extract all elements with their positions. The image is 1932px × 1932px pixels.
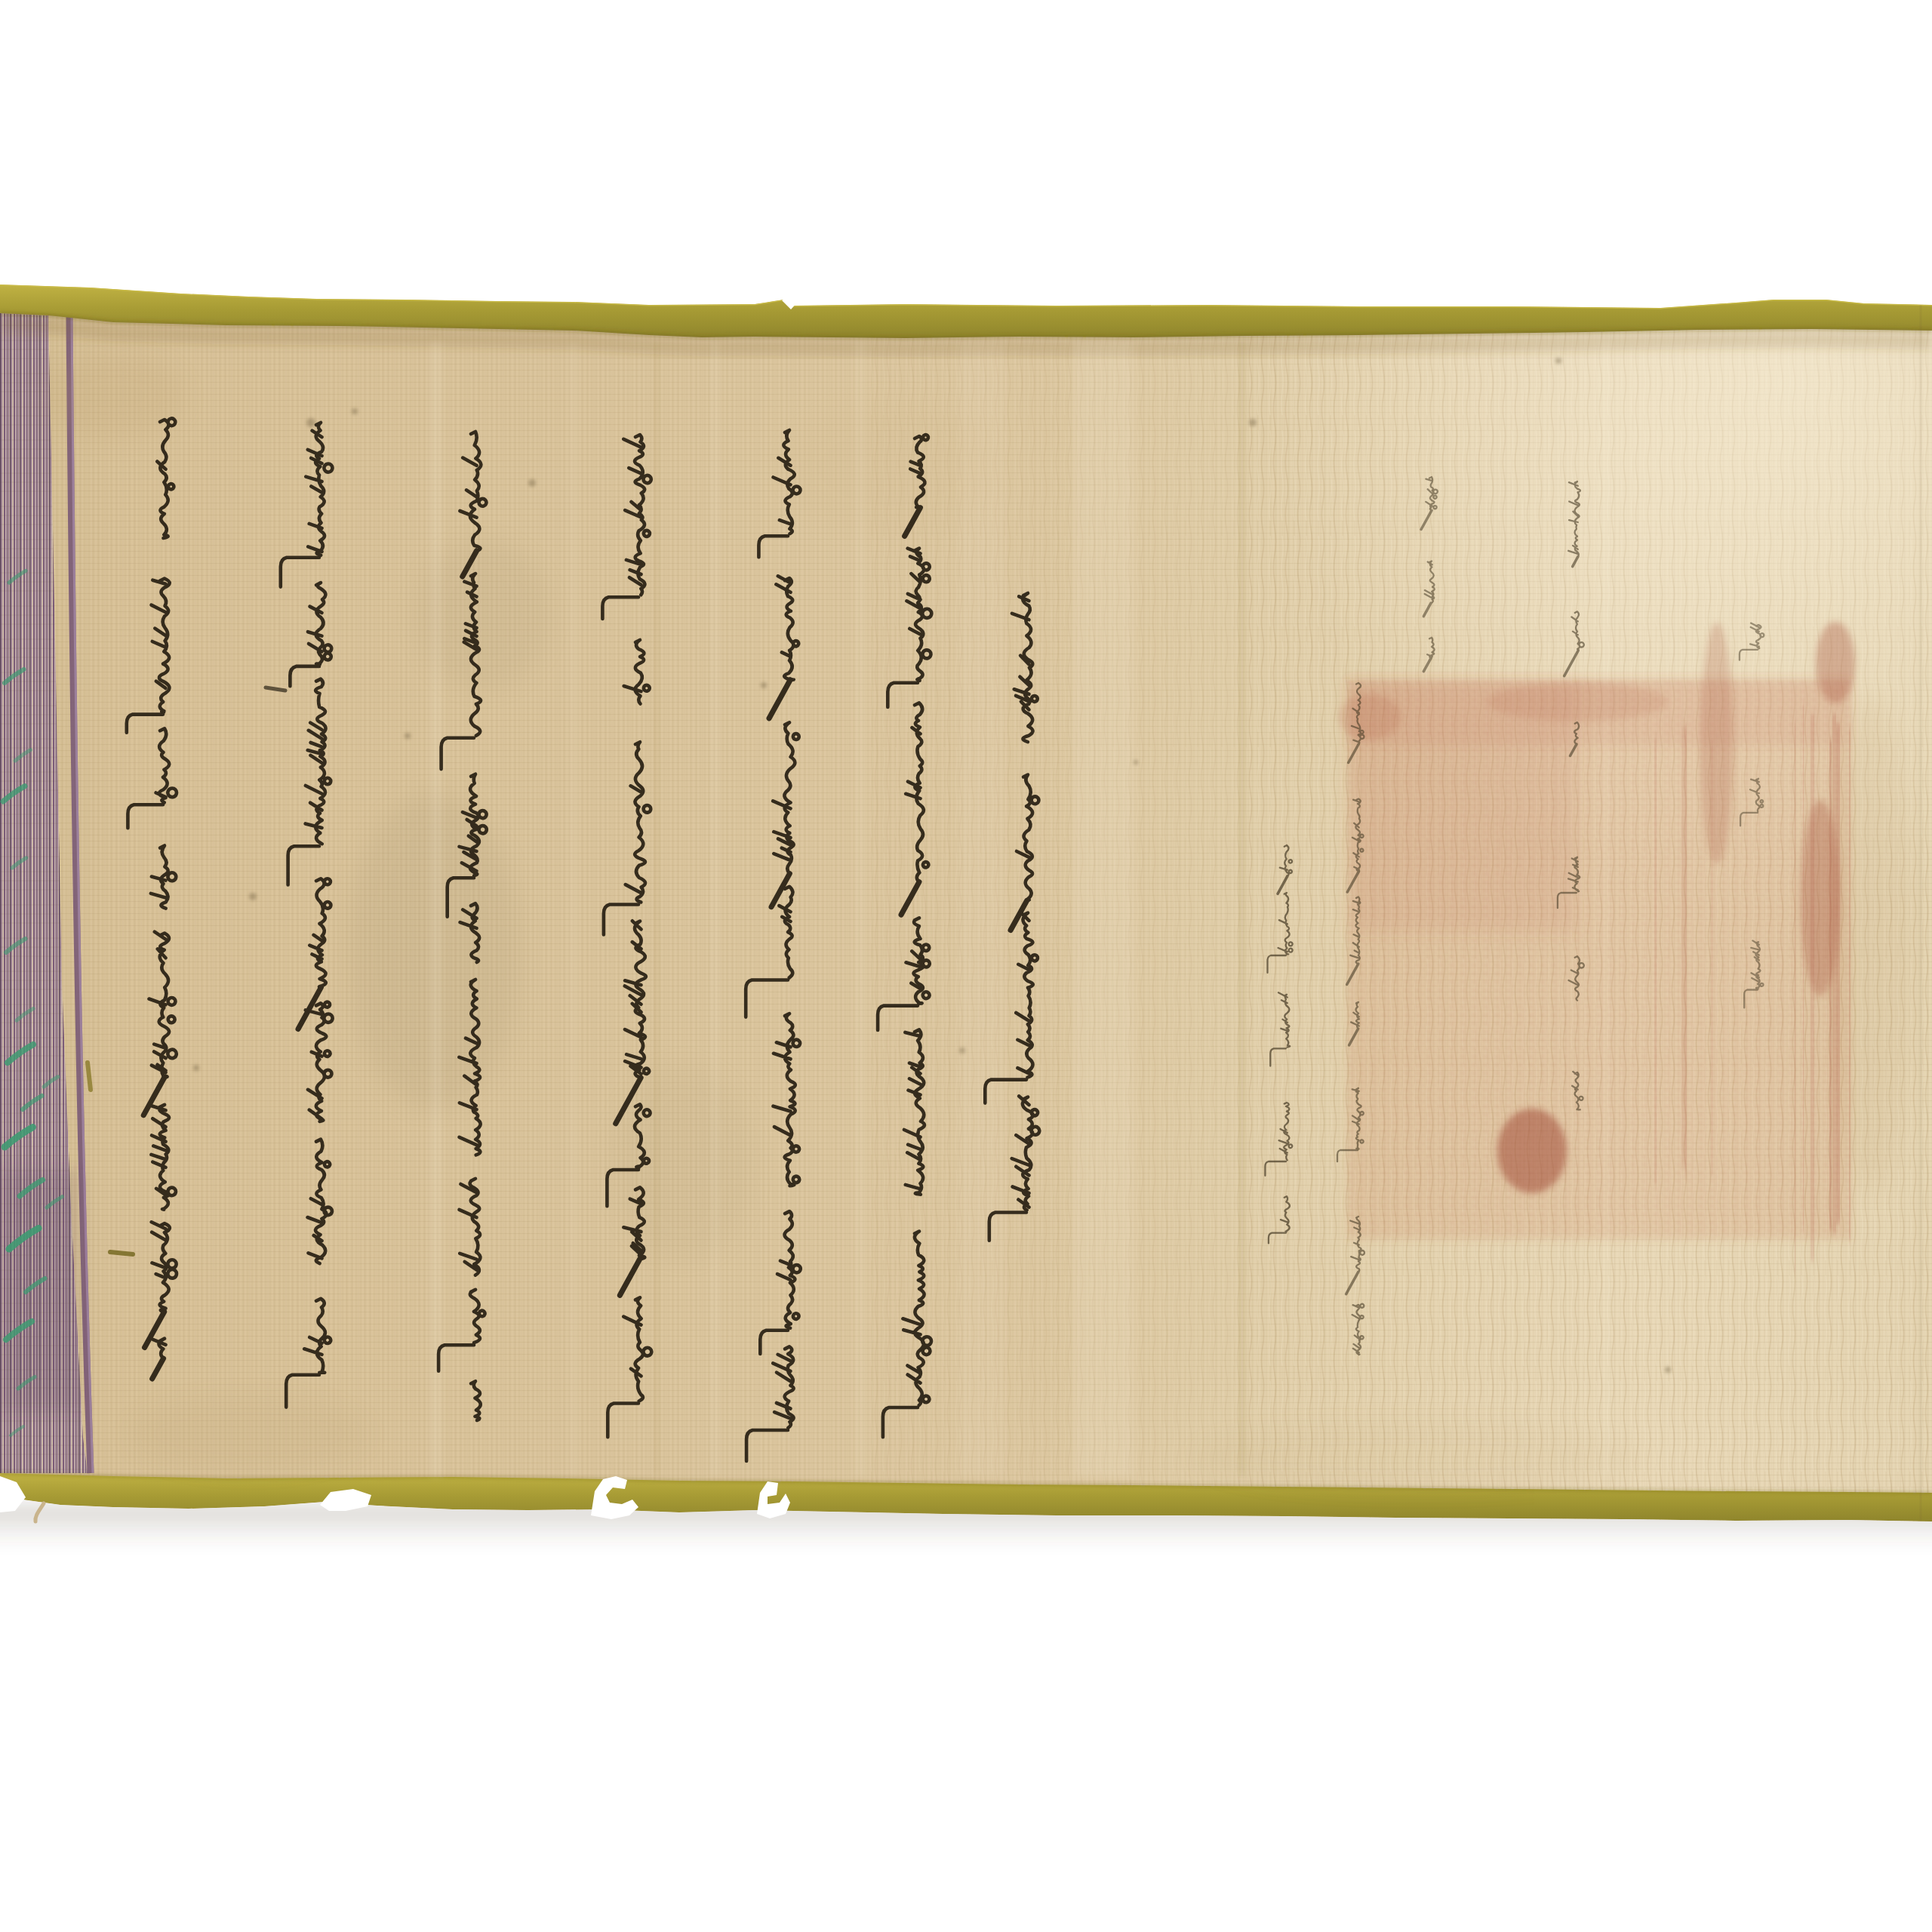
- stain: [1192, 1423, 1645, 1491]
- seal-blotch: [1338, 694, 1401, 740]
- ink-dash: [88, 1063, 91, 1090]
- crease-light: [431, 341, 441, 1477]
- seal-streak: [1685, 724, 1686, 1180]
- foxing-speck: [761, 682, 767, 688]
- seal-streak: [1655, 738, 1656, 1184]
- seal-blotch: [1801, 800, 1840, 996]
- foxing-speck: [1134, 760, 1138, 764]
- foxing-speck: [1555, 358, 1561, 364]
- scroll-artifact-photo: [0, 0, 1932, 1932]
- seal-blotch: [1487, 682, 1668, 721]
- crease-light: [856, 341, 865, 1477]
- foxing-speck: [1665, 1367, 1671, 1373]
- ink-dash: [110, 1252, 133, 1254]
- foxing-speck: [1249, 419, 1257, 426]
- scroll-body: [0, 279, 1932, 1524]
- crease-light: [571, 341, 577, 1477]
- crease-light: [958, 341, 1004, 1477]
- seal-blotch: [1497, 1109, 1567, 1193]
- seal-blotch: [1816, 622, 1855, 703]
- photo-backdrop: [0, 0, 1932, 1932]
- crease-light: [1073, 341, 1134, 1477]
- foxing-speck: [352, 408, 358, 414]
- foxing-speck: [193, 1065, 199, 1071]
- selvage-dark-patch: [0, 1170, 78, 1411]
- stain: [128, 1396, 370, 1472]
- seal-blotch: [1700, 623, 1734, 864]
- foxing-speck: [405, 733, 411, 739]
- seal-streak: [1850, 727, 1850, 1241]
- crease-dark: [1240, 341, 1244, 1477]
- foxing-speck: [306, 418, 315, 427]
- foxing-speck: [249, 893, 257, 900]
- seal-streak: [1837, 724, 1838, 1223]
- stain: [42, 355, 185, 438]
- vermilion-seal: [1338, 622, 1855, 1274]
- foxing-speck: [528, 479, 536, 487]
- crease-dark: [655, 341, 659, 1477]
- crease-light: [712, 341, 718, 1477]
- scroll-clipped-content: [0, 279, 1932, 1524]
